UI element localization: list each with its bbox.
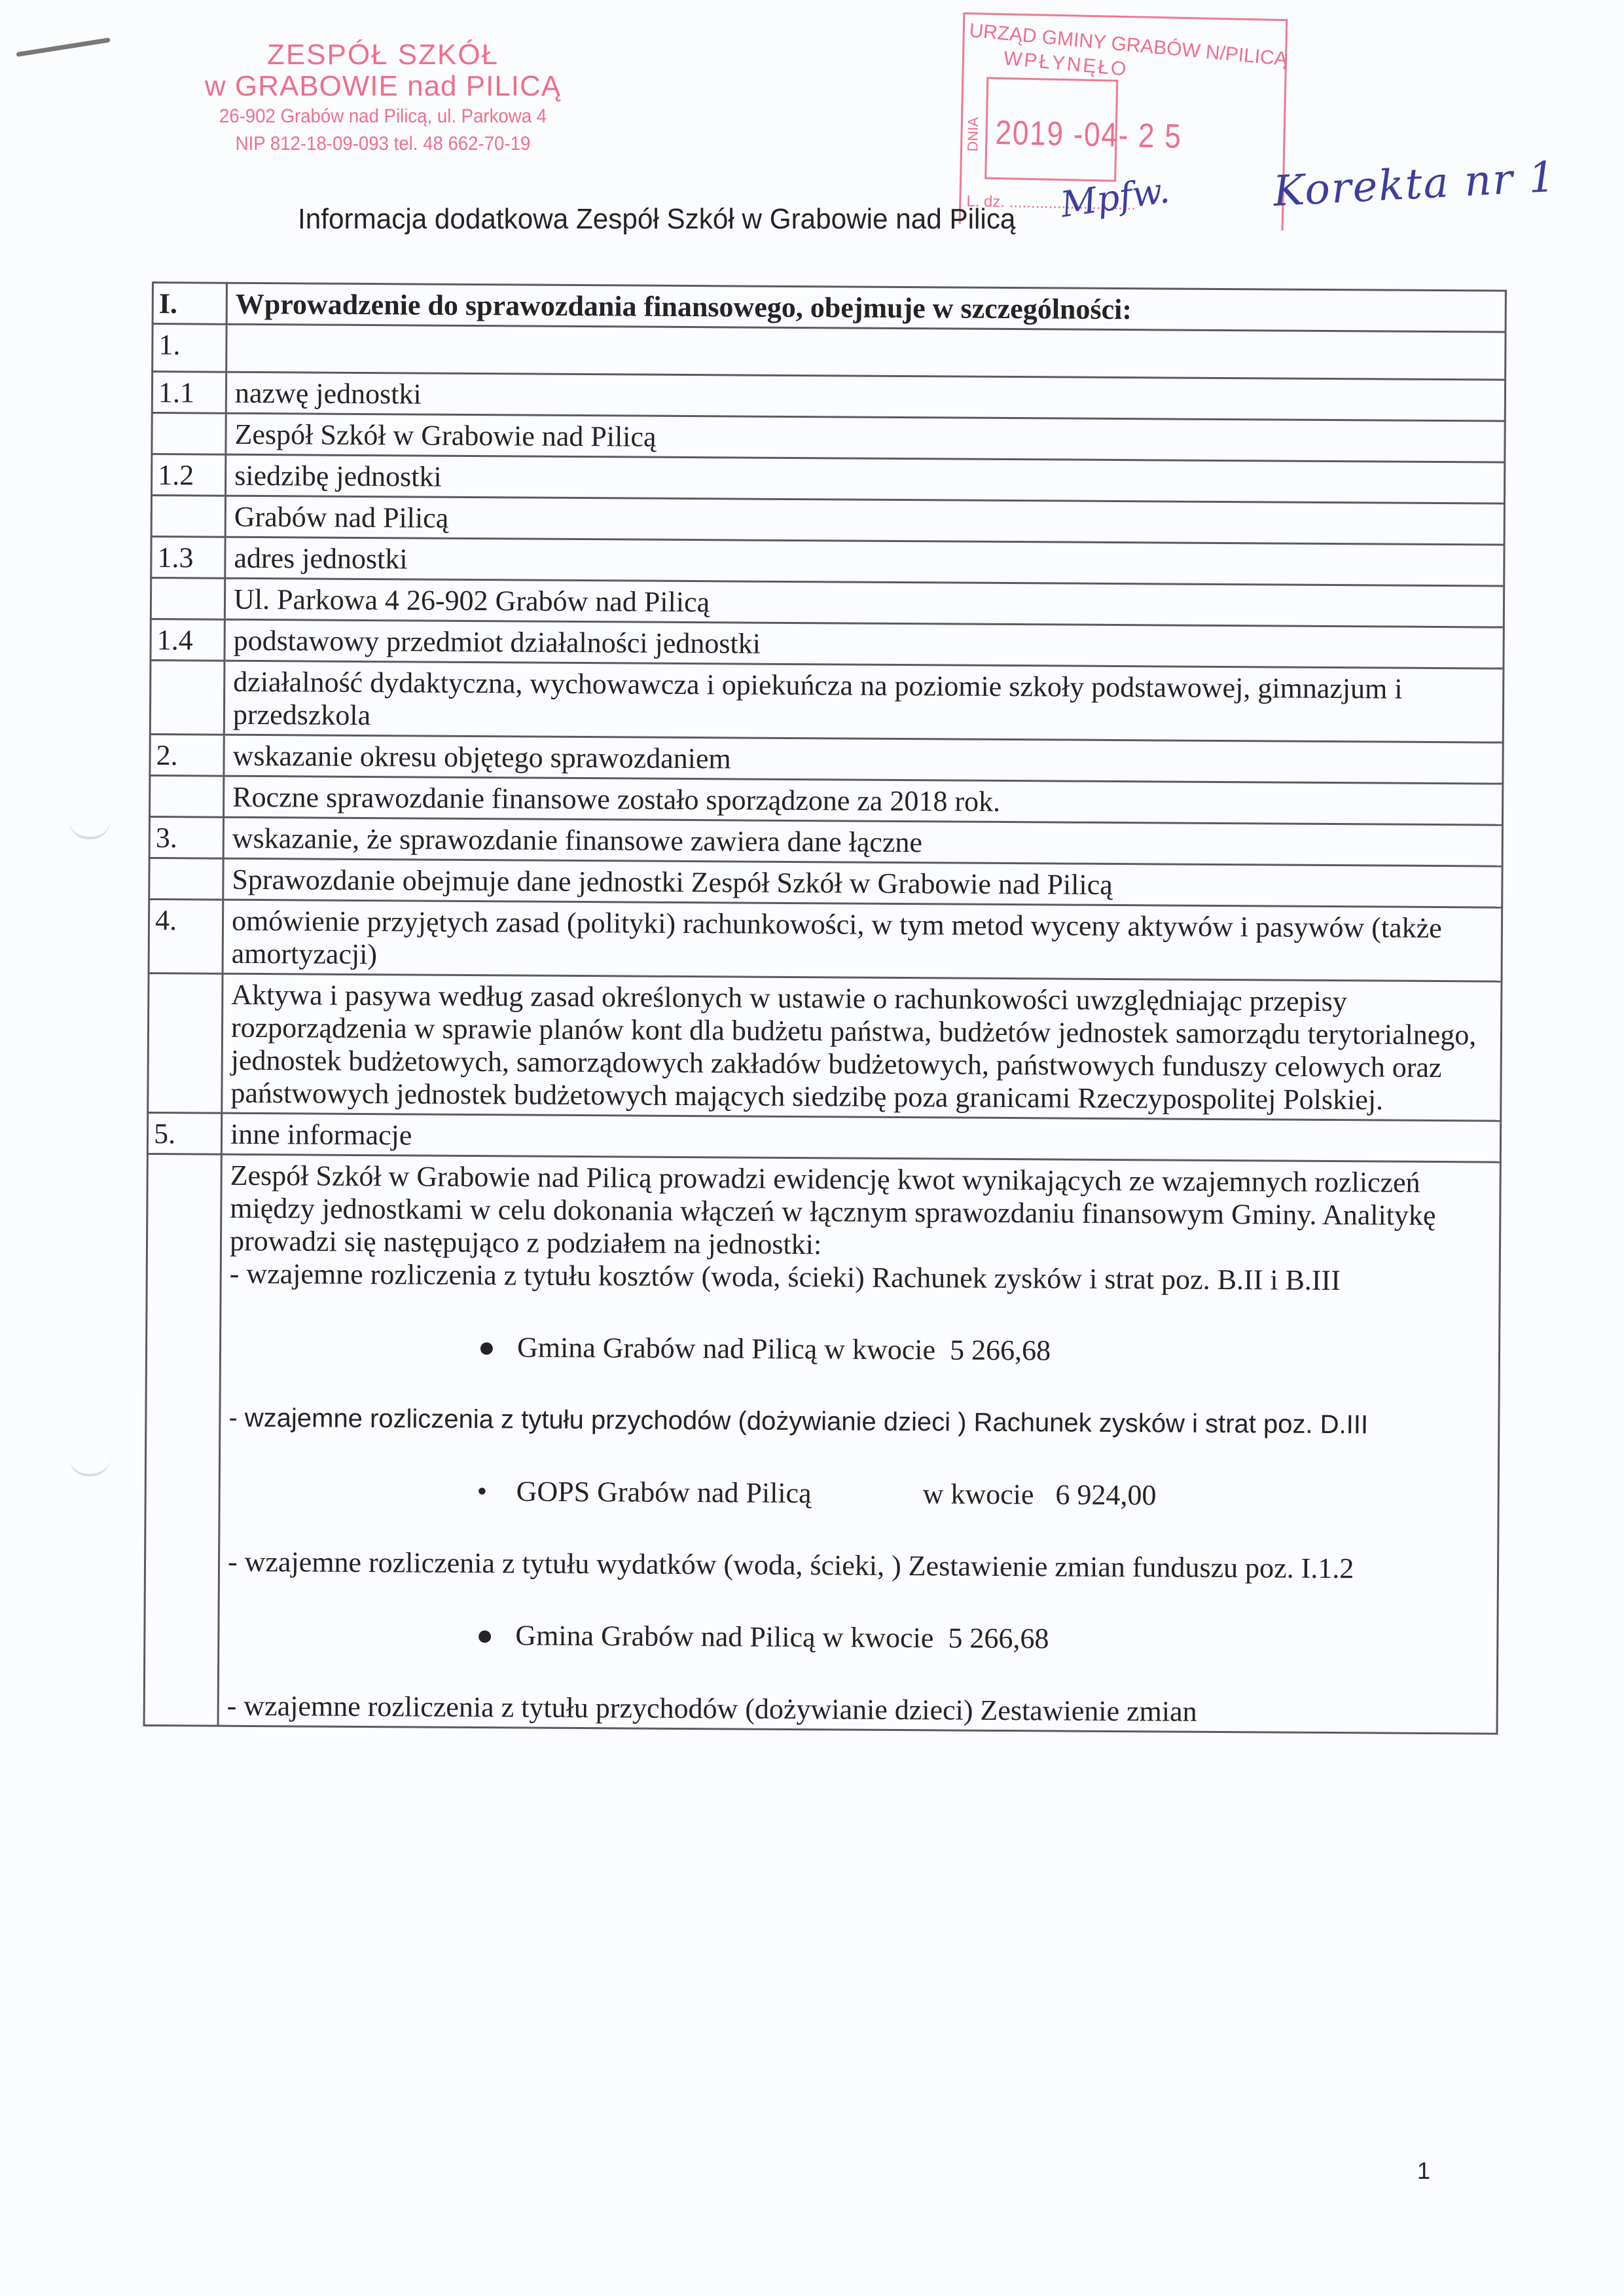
row-number bbox=[149, 858, 223, 900]
row-text: nazwę jednostki bbox=[226, 372, 1505, 421]
row-number: 1.4 bbox=[151, 619, 225, 661]
section-number: I. bbox=[153, 283, 226, 325]
settlement-item: - wzajemne rozliczenia z tytułu wydatków… bbox=[228, 1546, 1490, 1586]
row-number: 2. bbox=[150, 734, 224, 776]
table-row: Aktywa i pasywa według zasad określonych… bbox=[148, 973, 1502, 1121]
settlement-item: - wzajemne rozliczenia z tytułu kosztów … bbox=[230, 1258, 1492, 1298]
staple-mark bbox=[16, 37, 110, 57]
row-text: Sprawozdanie obejmuje dane jednostki Zes… bbox=[223, 858, 1502, 907]
other-info-content: Zespół Szkół w Grabowie nad Pilicą prowa… bbox=[218, 1154, 1500, 1734]
school-stamp-line: w GRABOWIE nad PILICĄ bbox=[187, 71, 579, 102]
row-text bbox=[226, 324, 1506, 380]
section-heading: Wprowadzenie do sprawozdania finansowego… bbox=[226, 283, 1506, 332]
handwritten-note: Korekta nr 1 bbox=[1272, 153, 1557, 217]
bullet-text: Gmina Grabów nad Pilicą w kwocie 5 266,6… bbox=[517, 1331, 1051, 1366]
row-number: 1.3 bbox=[151, 537, 225, 579]
row-text: Roczne sprawozdanie finansowe zostało sp… bbox=[224, 776, 1503, 825]
row-text: siedzibę jednostki bbox=[226, 454, 1505, 503]
punch-hole bbox=[69, 1457, 111, 1476]
page-number: 1 bbox=[1417, 2157, 1430, 2185]
table-row: 1. bbox=[153, 324, 1506, 380]
row-number bbox=[152, 413, 226, 455]
row-number bbox=[150, 775, 224, 817]
school-stamp: ZESPÓŁ SZKÓŁ w GRABOWIE nad PILICĄ 26-90… bbox=[187, 39, 579, 157]
row-text: Zespół Szkół w Grabowie nad Pilicą bbox=[226, 413, 1505, 462]
row-text: wskazanie, że sprawozdanie finansowe zaw… bbox=[223, 817, 1502, 866]
row-text: działalność dydaktyczna, wychowawcza i o… bbox=[224, 661, 1504, 742]
row-text: Grabów nad Pilicą bbox=[225, 496, 1504, 545]
report-table: I. Wprowadzenie do sprawozdania finansow… bbox=[143, 282, 1507, 1735]
row-number: 3. bbox=[149, 816, 223, 858]
row-number bbox=[144, 1154, 221, 1726]
row-number bbox=[150, 660, 225, 735]
settlement-item: - wzajemne rozliczenia z tytułu przychod… bbox=[228, 1402, 1491, 1442]
row-text: adres jednostki bbox=[225, 537, 1504, 586]
bullet-text: GOPS Grabów nad Pilicą bbox=[516, 1475, 812, 1509]
bullet-text: Gmina Grabów nad Pilicą w kwocie 5 266,6… bbox=[515, 1619, 1049, 1654]
row-text: Aktywa i pasywa według zasad określonych… bbox=[222, 974, 1502, 1121]
row-number: 4. bbox=[149, 899, 223, 974]
row-number bbox=[148, 973, 223, 1113]
row-number bbox=[151, 496, 225, 538]
school-stamp-line: ZESPÓŁ SZKÓŁ bbox=[187, 39, 579, 71]
row-number: 1.1 bbox=[152, 372, 226, 414]
school-stamp-address: 26-902 Grabów nad Pilicą, ul. Parkowa 4 bbox=[202, 102, 564, 131]
bullet-amount: w kwocie 6 924,00 bbox=[923, 1478, 1157, 1511]
bullet-icon: ● bbox=[478, 1331, 517, 1364]
punch-hole bbox=[69, 820, 111, 839]
table-row: działalność dydaktyczna, wychowawcza i o… bbox=[150, 660, 1504, 742]
bullet-item: ●Gmina Grabów nad Pilicą w kwocie 5 266,… bbox=[229, 1330, 1492, 1370]
bullet-item: ●Gmina Grabów nad Pilicą w kwocie 5 266,… bbox=[227, 1618, 1490, 1658]
row-text: Ul. Parkowa 4 26-902 Grabów nad Pilicą bbox=[225, 578, 1504, 627]
bullet-icon: ● bbox=[476, 1619, 515, 1652]
row-number: 1. bbox=[153, 324, 226, 373]
row-text: inne informacje bbox=[221, 1113, 1500, 1162]
row-text: podstawowy przedmiot działalności jednos… bbox=[225, 619, 1504, 668]
row-number bbox=[151, 578, 225, 620]
table-row: 4. omówienie przyjętych zasad (polityki)… bbox=[149, 899, 1502, 981]
row-number: 1.2 bbox=[152, 454, 226, 496]
document-title: Informacja dodatkowa Zespół Szkół w Grab… bbox=[298, 203, 1015, 236]
row-text: omówienie przyjętych zasad (polityki) ra… bbox=[223, 900, 1502, 981]
other-info-intro: Zespół Szkół w Grabowie nad Pilicą prowa… bbox=[230, 1159, 1493, 1266]
table-row-other-info: Zespół Szkół w Grabowie nad Pilicą prowa… bbox=[144, 1154, 1500, 1734]
settlement-item: - wzajemne rozliczenia z tytułu przychod… bbox=[227, 1690, 1490, 1730]
received-stamp-date-label: DNIA bbox=[964, 117, 982, 152]
received-stamp-date: 2019 -04- 2 5 bbox=[995, 113, 1182, 156]
row-number: 5. bbox=[147, 1112, 221, 1154]
school-stamp-nip: NIP 812-18-09-093 tel. 48 662-70-19 bbox=[202, 131, 564, 157]
bullet-icon: • bbox=[477, 1475, 516, 1508]
bullet-item: •GOPS Grabów nad Pilicąw kwocie 6 924,00 bbox=[228, 1474, 1491, 1514]
report-table-container: I. Wprowadzenie do sprawozdania finansow… bbox=[143, 282, 1507, 1735]
row-text: wskazanie okresu objętego sprawozdaniem bbox=[224, 735, 1503, 784]
